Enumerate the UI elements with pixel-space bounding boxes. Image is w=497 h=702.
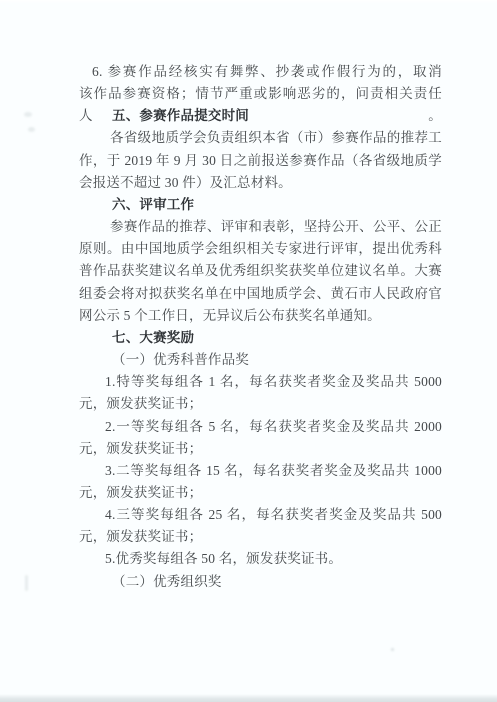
text-line: 1.特等奖每组各 1 名，每名获奖者奖金及奖品共 5000: [79, 371, 442, 393]
scan-artifact: [24, 112, 32, 117]
scanned-document-page: 6. 参赛作品经核实有舞弊、抄袭或作假行为的，取消该作品参赛资格；情节严重或影响…: [0, 0, 497, 702]
text-line: 原则。由中国地质学会组织相关专家进行评审，提出优秀科: [79, 238, 442, 260]
text-line: 6. 参赛作品经核实有舞弊、抄袭或作假行为的，取消: [79, 61, 442, 83]
text-line: 元，颁发获奖证书；: [79, 482, 442, 504]
document-text: 6. 参赛作品经核实有舞弊、抄袭或作假行为的，取消该作品参赛资格；情节严重或影响…: [79, 61, 442, 593]
scan-edge-bottom: [0, 694, 497, 702]
scan-edge-top: [0, 0, 497, 4]
text-line: 元，颁发获奖证书；: [79, 438, 442, 460]
text-line: （一）优秀科普作品奖: [79, 349, 442, 371]
heading-line: 七、大赛奖励: [79, 327, 442, 349]
text-line: 各省级地质学会负责组织本省（市）参赛作品的推荐工: [79, 127, 442, 149]
text-line: 普作品获奖建议名单及优秀组织奖获奖单位建议名单。大赛: [79, 260, 442, 282]
text-line: 组委会将对拟获奖名单在中国地质学会、黄石市人民政府官: [79, 283, 442, 305]
text-line: 元，颁发获奖证书；: [79, 393, 442, 415]
text-line: 3.二等奖每组各 15 名，每名获奖者奖金及奖品共 1000: [79, 460, 442, 482]
scan-artifact: [391, 648, 394, 651]
text-line: （二）优秀组织奖: [79, 571, 442, 593]
text-line: 网公示 5 个工作日，无异议后公布获奖名单通知。: [79, 305, 442, 327]
text-line: 4.三等奖每组各 25 名，每名获奖者奖金及奖品共 500: [79, 504, 442, 526]
text-line: 作，于 2019 年 9 月 30 日之前报送参赛作品（各省级地质学: [79, 150, 442, 172]
scan-artifact: [28, 127, 35, 132]
heading-line: 六、评审工作: [79, 194, 442, 216]
text-line: 5.优秀奖每组各 50 名，颁发获奖证书。: [79, 548, 442, 570]
text-line: 2.一等奖每组各 5 名，每名获奖者奖金及奖品共 2000: [79, 416, 442, 438]
text-line: 参赛作品的推荐、评审和表彰，坚持公开、公平、公正: [79, 216, 442, 238]
text-line: 会报送不超过 30 件）及汇总材料。: [79, 172, 442, 194]
scan-artifact: [25, 575, 28, 591]
text-line: 该作品参赛资格；情节严重或影响恶劣的，问责相关责任人。: [79, 83, 442, 105]
text-line: 元，颁发获奖证书；: [79, 526, 442, 548]
